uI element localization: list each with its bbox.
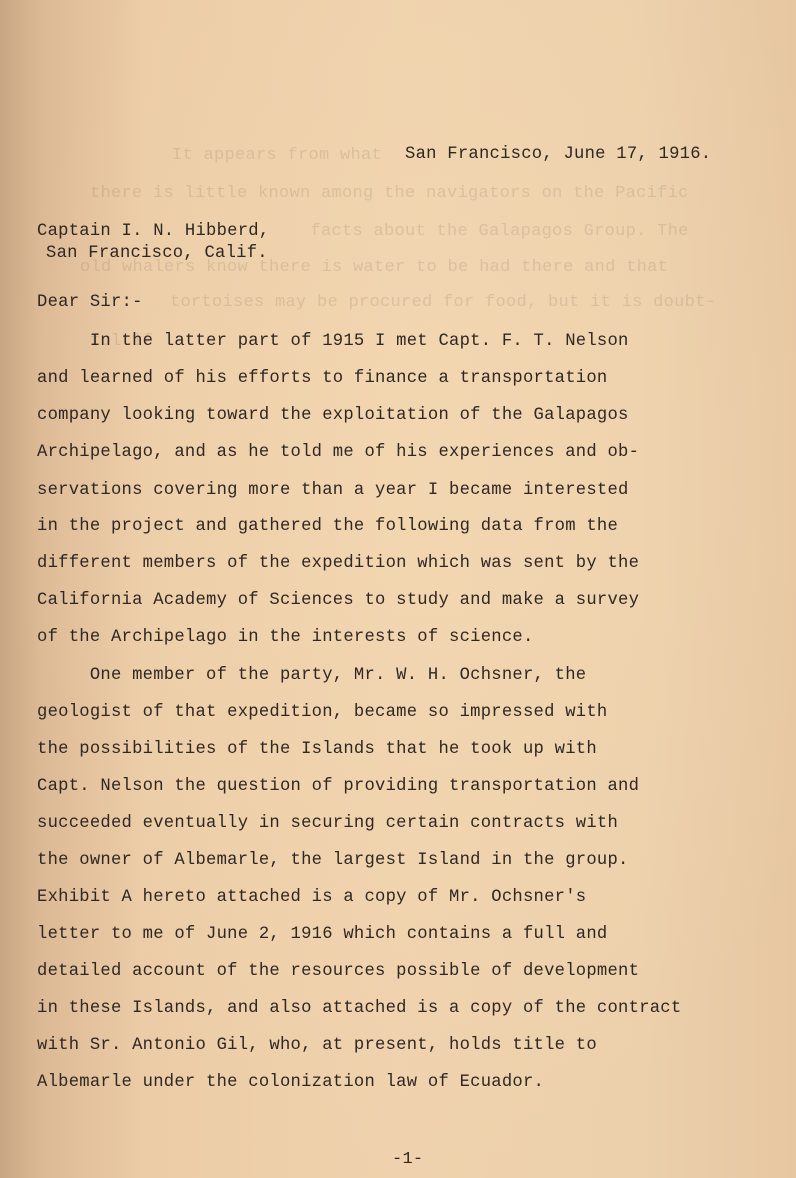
body-line: with Sr. Antonio Gil, who, at present, h… <box>37 1036 597 1055</box>
body-line: the owner of Albemarle, the largest Isla… <box>37 851 629 870</box>
body-line: California Academy of Sciences to study … <box>37 591 639 610</box>
body-line: succeeded eventually in securing certain… <box>37 814 618 833</box>
bleed-through-line: tortoises may be procured for food, but … <box>170 293 716 312</box>
body-line: in these Islands, and also attached is a… <box>37 999 681 1018</box>
salutation: Dear Sir:- <box>37 293 143 312</box>
page-number: -1- <box>392 1150 423 1169</box>
bleed-through-line: It appears from what <box>172 146 382 165</box>
body-line: Exhibit A hereto attached is a copy of M… <box>37 888 586 907</box>
body-line: One member of the party, Mr. W. H. Ochsn… <box>37 666 586 685</box>
body-line: company looking toward the exploitation … <box>37 406 629 425</box>
body-line: Albemarle under the colonization law of … <box>37 1073 544 1092</box>
body-line: different members of the expedition whic… <box>37 554 639 573</box>
recipient-city: San Francisco, Calif. <box>46 244 268 263</box>
body-line: servations covering more than a year I b… <box>37 481 629 500</box>
body-line: and learned of his efforts to finance a … <box>37 369 607 388</box>
body-line: geologist of that expedition, became so … <box>37 703 607 722</box>
body-line: detailed account of the resources possib… <box>37 962 639 981</box>
letter-page: It appears from what there is little kno… <box>0 0 796 1178</box>
body-line: Archipelago, and as he told me of his ex… <box>37 443 639 462</box>
recipient-name: Captain I. N. Hibberd, <box>37 222 269 241</box>
body-line: of the Archipelago in the interests of s… <box>37 628 534 647</box>
body-line: in the project and gathered the followin… <box>37 517 618 536</box>
body-line: Capt. Nelson the question of providing t… <box>37 777 639 796</box>
bleed-through-line: there is little known among the navigato… <box>90 184 689 203</box>
body-line: the possibilities of the Islands that he… <box>37 740 597 759</box>
date-line: San Francisco, June 17, 1916. <box>405 145 711 164</box>
body-line: letter to me of June 2, 1916 which conta… <box>37 925 607 944</box>
body-line: In the latter part of 1915 I met Capt. F… <box>37 332 629 351</box>
